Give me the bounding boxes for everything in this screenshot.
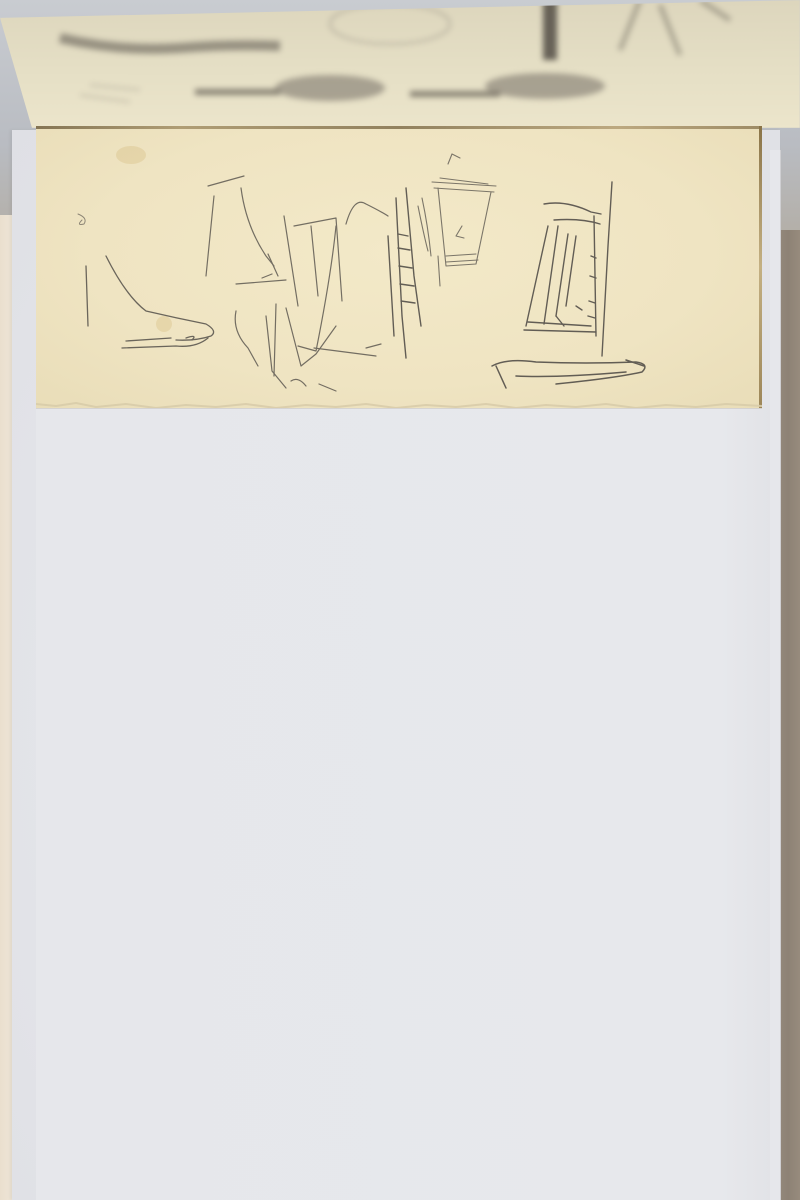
small-mark-sketch (78, 214, 85, 225)
pencil-sketches (36, 126, 762, 408)
sail-and-mast-sketch (206, 176, 388, 391)
white-sheet-surface (36, 405, 780, 1200)
ladder-sketch (388, 188, 421, 358)
hull-sketch (492, 360, 645, 388)
sailboat-sketch (524, 182, 612, 356)
white-sheet-right-edge (770, 150, 781, 1200)
facing-page-drawings (0, 0, 800, 128)
boot-or-prow-sketch (86, 256, 214, 348)
sketch-page (36, 126, 762, 408)
page-deckle-edge (36, 403, 762, 408)
facing-page (0, 0, 800, 128)
lantern-sketch (418, 154, 496, 286)
